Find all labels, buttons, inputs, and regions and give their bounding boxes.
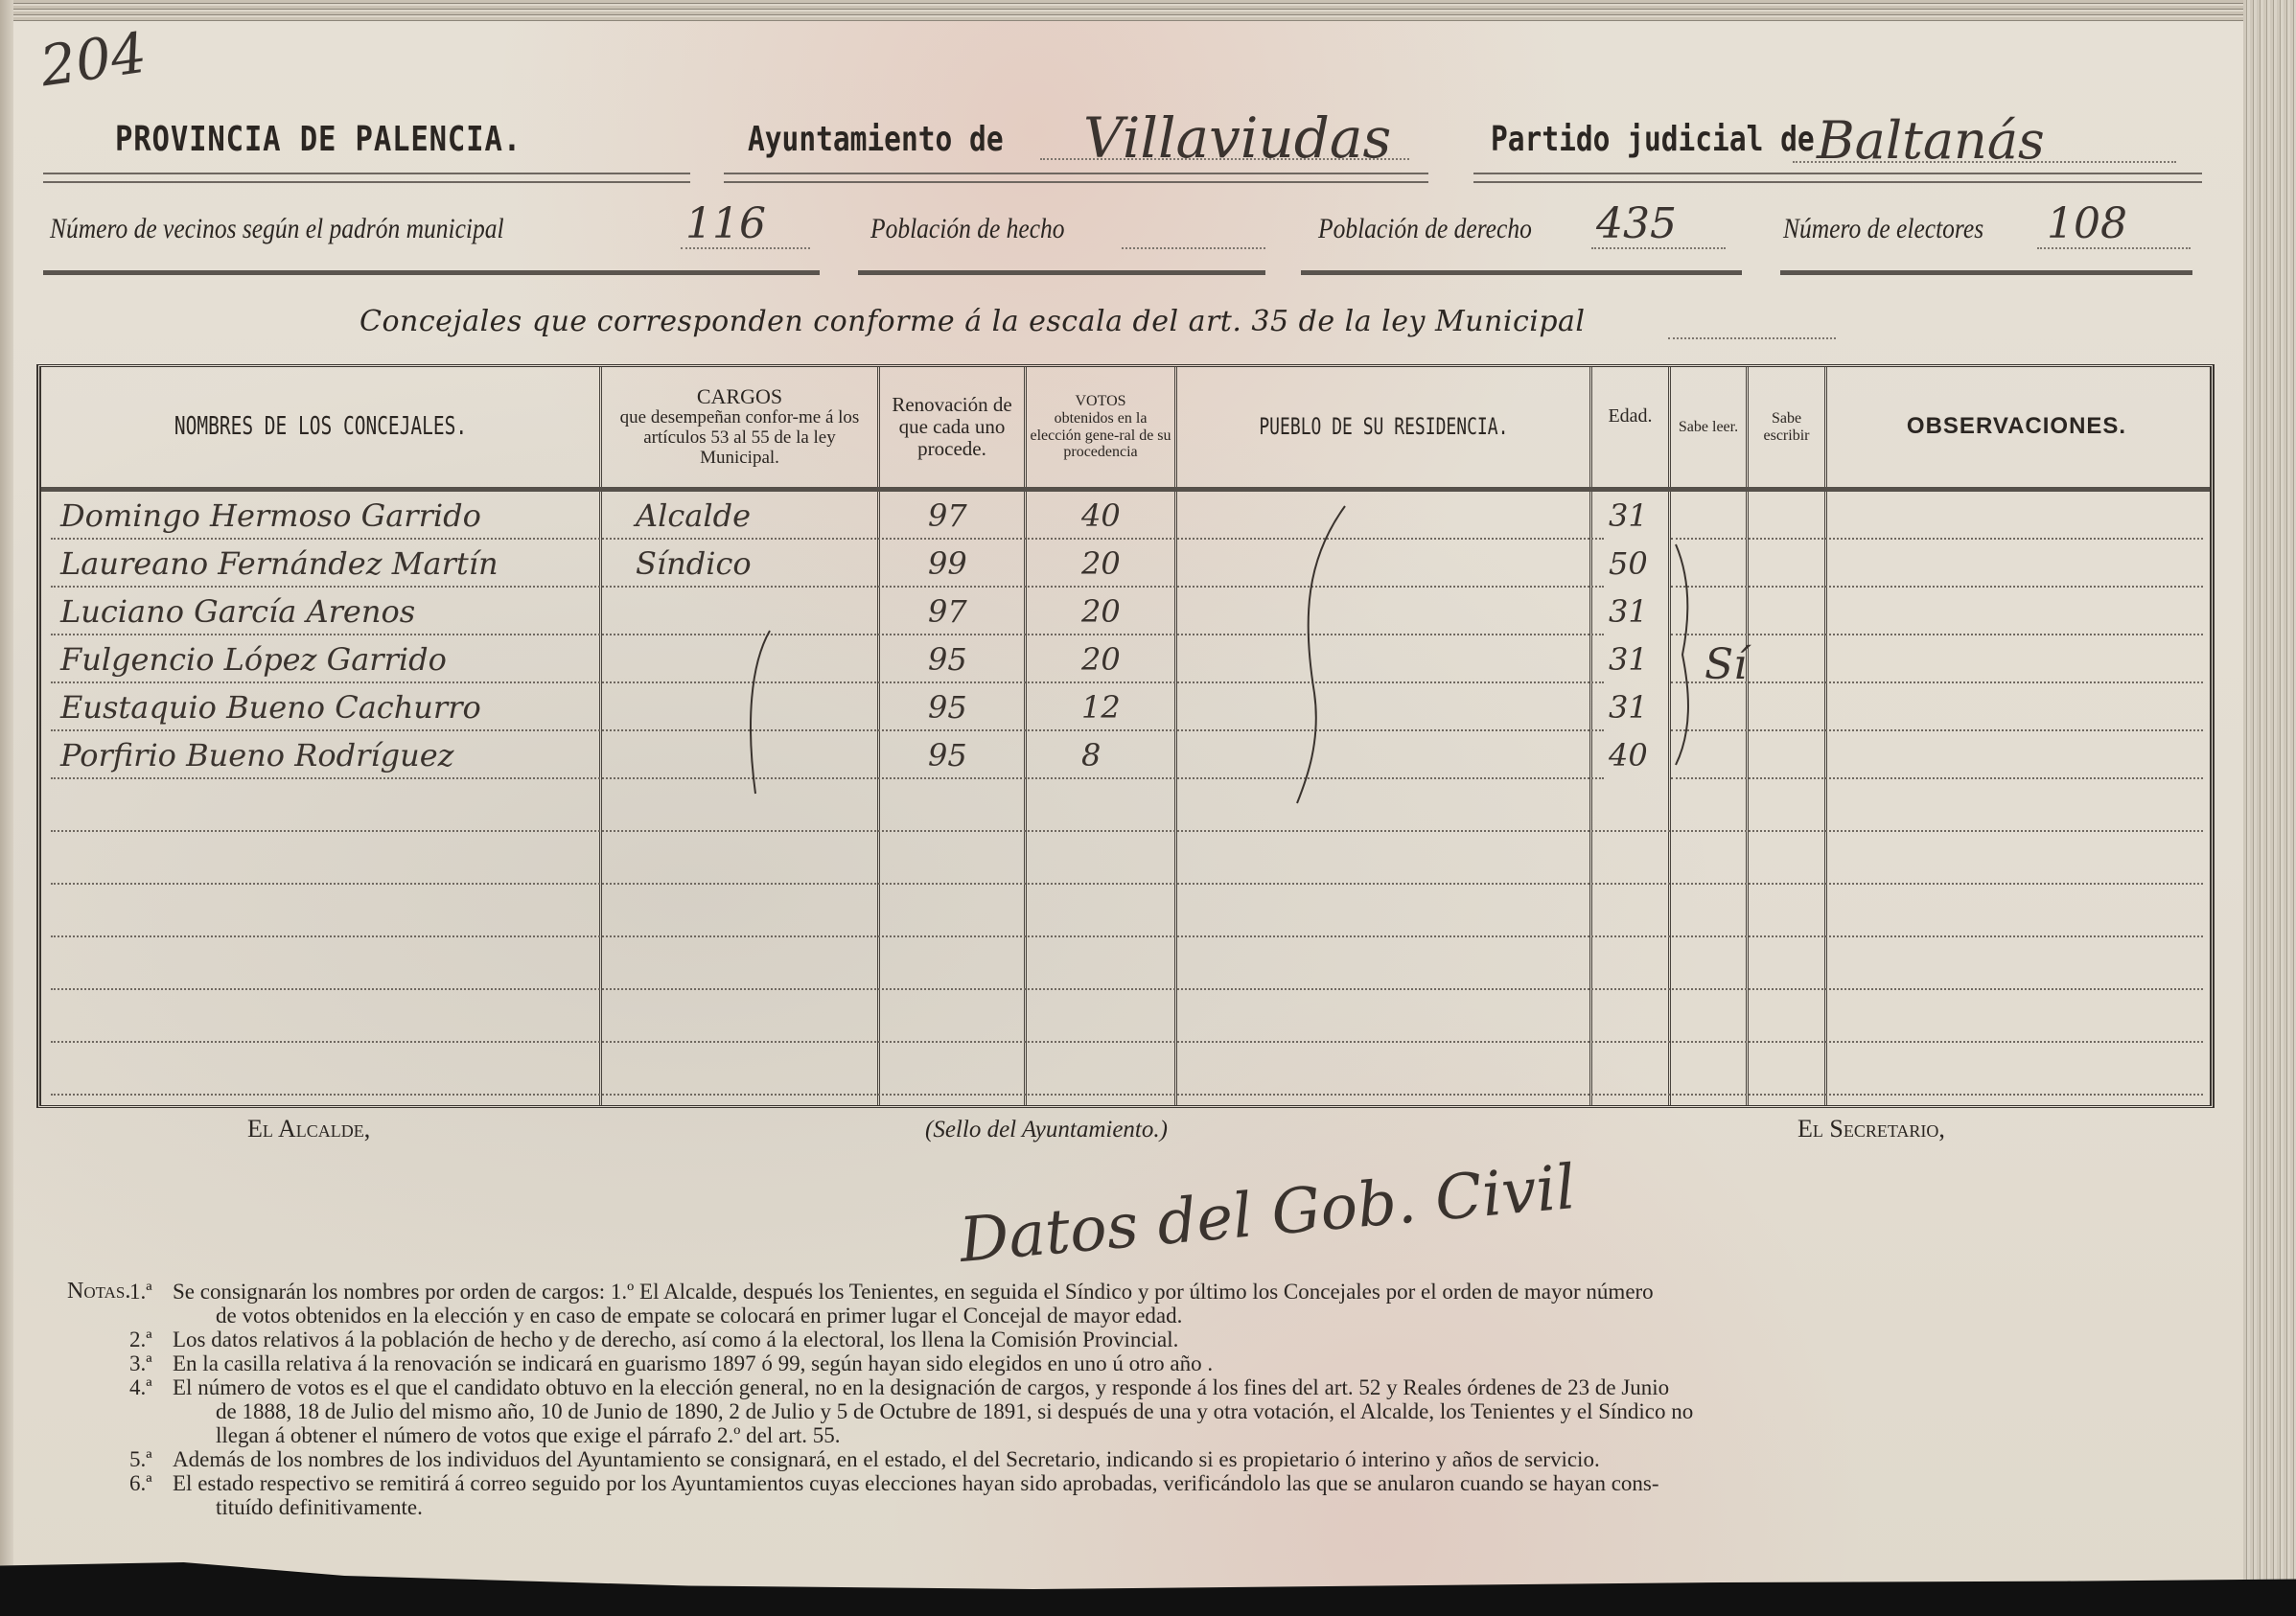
dotline [51,988,2203,990]
note-item: 3.ª En la casilla relativa á la renovaci… [173,1351,2186,1375]
note-number: 5.ª [129,1447,152,1471]
cell-nombre: Laureano Fernández Martín [60,545,499,582]
cell-votos: 12 [1081,689,1121,726]
table-row: Porfirio Bueno Rodríguez 95 8 40 [41,731,2210,779]
dotline [51,883,2203,885]
note-item: 2.ª Los datos relativos á la población d… [173,1327,2186,1351]
col-header-pueblo: PUEBLO DE SU RESIDENCIA. [1177,367,1589,487]
rule [858,270,1265,275]
note-number: 6.ª [129,1471,152,1495]
scale-line: Concejales que corresponden conforme á l… [359,305,1586,338]
electores-value: 108 [2047,199,2127,248]
cell-renovacion: 99 [928,545,967,582]
bracket-cargo-ditto [731,626,789,798]
table-row-empty [41,889,2210,937]
rule [1473,173,2202,183]
partido-value: Baltanás [1817,110,2045,171]
col-header-label: NOMBRES DE LOS CONCEJALES. [174,413,466,441]
col-header-sabe-leer: Sabe leer. [1671,367,1746,487]
table-row-empty [41,995,2210,1043]
cell-nombre: Luciano García Arenos [60,593,415,630]
provincia-title: PROVINCIA DE PALENCIA. [115,120,522,177]
cell-renovacion: 97 [928,497,967,534]
dotline [51,1094,2203,1096]
cell-nombre: Porfirio Bueno Rodríguez [60,737,453,773]
cell-edad: 31 [1609,593,1648,630]
table-row-empty [41,784,2210,832]
bracket-sabe-icon [1671,540,1709,770]
handwritten-annotation: Datos del Gob. Civil [957,1152,1578,1277]
table-row: Laureano Fernández Martín Síndico 99 20 … [41,540,2210,588]
col-header-nombres: NOMBRES DE LOS CONCEJALES. [41,367,599,487]
dotline [51,935,2203,937]
cell-edad: 31 [1609,641,1648,678]
note-number: 3.ª [129,1351,152,1375]
cell-votos: 8 [1081,737,1101,773]
secretario-label: El Secretario, [1797,1115,1945,1143]
col-header-label: Renovación de que cada uno procede. [880,394,1024,460]
note-text: Además de los nombres de los individuos … [173,1447,2186,1471]
poblacion-derecho-value: 435 [1596,199,1677,248]
col-header-edad: Edad. [1592,367,1668,487]
note-text: de 1888, 18 de Julio del mismo año, 10 d… [173,1399,2186,1423]
ayuntamiento-value: Villaviudas [1083,105,1391,171]
note-text: Los datos relativos á la población de he… [173,1327,2186,1351]
cell-nombre: Domingo Hermoso Garrido [60,497,481,534]
rule [1780,270,2192,275]
cell-votos: 40 [1081,497,1121,534]
col-header-votos: VOTOS obtenidos en la elección gene-ral … [1027,367,1174,487]
cell-votos: 20 [1081,545,1121,582]
cell-nombre: Fulgencio López Garrido [60,641,447,678]
note-text: En la casilla relativa á la renovación s… [173,1351,2186,1375]
book-edge-top [0,0,2296,21]
note-number: 2.ª [129,1327,152,1351]
scan-background-edge [0,1549,2296,1616]
scale-dotline [1668,337,1836,339]
book-edge-right [2243,0,2296,1616]
cell-nombre: Eustaquio Bueno Cachurro [60,689,481,726]
table-row-empty [41,1048,2210,1096]
note-item: 4.ª El número de votos es el que el cand… [173,1375,2186,1447]
book-edge-left [0,0,13,1616]
ayuntamiento-label: Ayuntamiento de [748,120,1004,177]
cell-edad: 31 [1609,497,1648,534]
vecinos-value: 116 [685,199,766,248]
sello-label: (Sello del Ayuntamiento.) [925,1117,1168,1143]
note-item: 1.ª Se consignarán los nombres por orden… [173,1280,2186,1327]
rule [1301,270,1742,275]
cell-edad: 31 [1609,689,1648,726]
note-item: 6.ª El estado respectivo se remitirá á c… [173,1471,2186,1519]
dotline [51,777,1604,779]
col-header-label: Sabe leer. [1679,419,1738,436]
cell-votos: 20 [1081,593,1121,630]
electores-label: Número de electores [1783,213,1983,245]
table-row: Eustaquio Bueno Cachurro 95 12 31 [41,683,2210,731]
note-text: tituído definitivamente. [173,1495,2186,1519]
poblacion-hecho-dotline [1122,247,1265,249]
dotline [51,1041,2203,1043]
folio-number: 204 [36,20,151,100]
poblacion-hecho-label: Población de hecho [870,213,1065,245]
table-row: Luciano García Arenos 97 20 31 [41,588,2210,635]
cell-cargo: Síndico [636,545,752,582]
col-header-label: OBSERVACIONES. [1907,414,2126,439]
partido-label: Partido judicial de [1491,120,1815,177]
cell-renovacion: 97 [928,593,967,630]
col-header-label: VOTOS [1075,393,1125,410]
poblacion-derecho-label: Población de derecho [1318,213,1532,245]
cell-votos: 20 [1081,641,1121,678]
cell-renovacion: 95 [928,737,967,773]
notes-title: Notas. [67,1280,130,1304]
col-header-observaciones: OBSERVACIONES. [1827,367,2206,487]
vecinos-label: Número de vecinos según el padrón munici… [50,213,504,245]
col-header-sabe-escribir: Sabe escribir [1749,367,1824,487]
rule [724,173,1428,183]
note-number: 4.ª [129,1375,152,1399]
note-text: El estado respectivo se remitirá á corre… [173,1471,2186,1495]
col-header-sublabel: obtenidos en la elección gene-ral de su … [1027,410,1174,461]
cell-edad: 40 [1609,737,1648,773]
note-item: 5.ª Además de los nombres de los individ… [173,1447,2186,1471]
col-header-cargos: CARGOS que desempeñan confor-me á los ar… [602,367,877,487]
dotline [51,830,2203,832]
col-header-label: Sabe escribir [1749,410,1824,444]
col-header-sublabel: que desempeñan confor-me á los artículos… [602,408,877,469]
note-text: de votos obtenidos en la elección y en c… [173,1304,2186,1327]
note-number: 1.ª [129,1280,152,1304]
table-row: Domingo Hermoso Garrido Alcalde 97 40 31 [41,492,2210,540]
table-row: Fulgencio López Garrido 95 20 31 [41,635,2210,683]
sabe-value: Sí [1705,640,1747,689]
note-text: llegan á obtener el número de votos que … [173,1423,2186,1447]
rule [43,270,820,275]
table-row-empty [41,837,2210,885]
table-row-empty [41,942,2210,990]
col-header-label: CARGOS [697,385,782,408]
cell-renovacion: 95 [928,689,967,726]
note-text: El número de votos es el que el candidat… [173,1375,2186,1399]
cell-edad: 50 [1609,545,1648,582]
col-header-label: PUEBLO DE SU RESIDENCIA. [1259,414,1508,439]
document-page: 204 PROVINCIA DE PALENCIA. Ayuntamiento … [0,0,2296,1616]
col-header-label: Edad. [1608,405,1652,427]
bracket-pueblo-ditto [1287,501,1364,808]
cell-renovacion: 95 [928,641,967,678]
col-header-renovacion: Renovación de que cada uno procede. [880,367,1024,487]
cell-cargo: Alcalde [636,497,751,534]
rule [43,173,690,183]
dotline [1671,777,2203,779]
note-text: Se consignarán los nombres por orden de … [173,1280,2186,1304]
alcalde-label: El Alcalde, [247,1115,370,1143]
concejales-table: NOMBRES DE LOS CONCEJALES. CARGOS que de… [36,364,2215,1108]
